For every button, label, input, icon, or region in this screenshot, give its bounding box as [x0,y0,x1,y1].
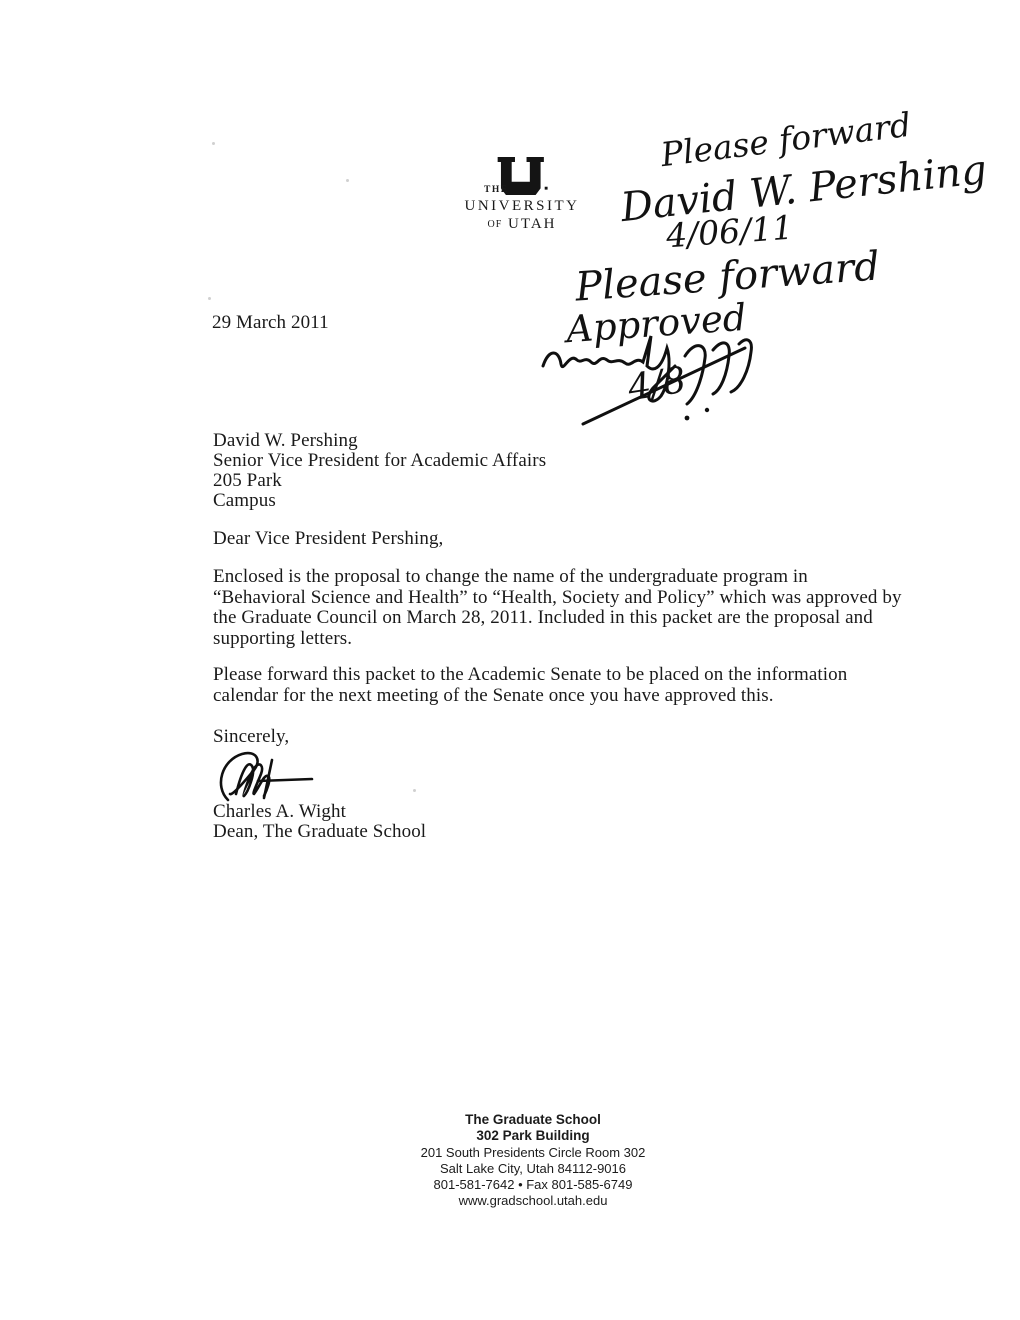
closing: Sincerely, [213,726,289,748]
scan-speck [346,179,349,182]
logo-of-label: OF [487,219,502,230]
scan-speck [212,142,215,145]
footer: The Graduate School 302 Park Building 20… [333,1112,733,1210]
scanned-letter-page: THE UNIVERSITY OF UTAH Please forward Da… [0,0,1020,1320]
scan-speck [208,297,211,300]
logo-university-label: UNIVERSITY [462,198,582,215]
handwritten-date-top: 4/06/11 [665,208,795,256]
logo-utah-label: UTAH [508,216,556,232]
footer-phone-fax: 801-581-7642 • Fax 801-585-6749 [333,1177,733,1193]
footer-building: 302 Park Building [333,1128,733,1144]
recipient-title: Senior Vice President for Academic Affai… [213,450,546,472]
footer-address-line2: Salt Lake City, Utah 84112-9016 [333,1161,733,1177]
footer-website: www.gradschool.utah.edu [333,1193,733,1209]
logo-the-label: THE [484,185,509,195]
body-line: calendar for the next meeting of the Sen… [213,685,774,707]
logo-of-utah-label: OF UTAH [462,216,582,233]
recipient-name: David W. Pershing [213,430,358,452]
body-line: Enclosed is the proposal to change the n… [213,566,808,588]
footer-org-name: The Graduate School [333,1112,733,1128]
university-logo: THE UNIVERSITY OF UTAH [462,156,582,233]
body-line: supporting letters. [213,628,352,650]
wight-signature-icon [216,748,318,808]
recipient-address: 205 Park [213,470,282,492]
body-line: the Graduate Council on March 28, 2011. … [213,607,873,629]
salutation: Dear Vice President Pershing, [213,528,443,550]
letter-date: 29 March 2011 [212,312,329,334]
footer-address-line1: 201 South Presidents Circle Room 302 [333,1145,733,1161]
signer-name: Charles A. Wight [213,801,346,823]
scan-speck [413,789,416,792]
body-line: “Behavioral Science and Health” to “Heal… [213,587,902,609]
body-line: Please forward this packet to the Academ… [213,664,847,686]
signer-title: Dean, The Graduate School [213,821,426,843]
recipient-location: Campus [213,490,276,512]
